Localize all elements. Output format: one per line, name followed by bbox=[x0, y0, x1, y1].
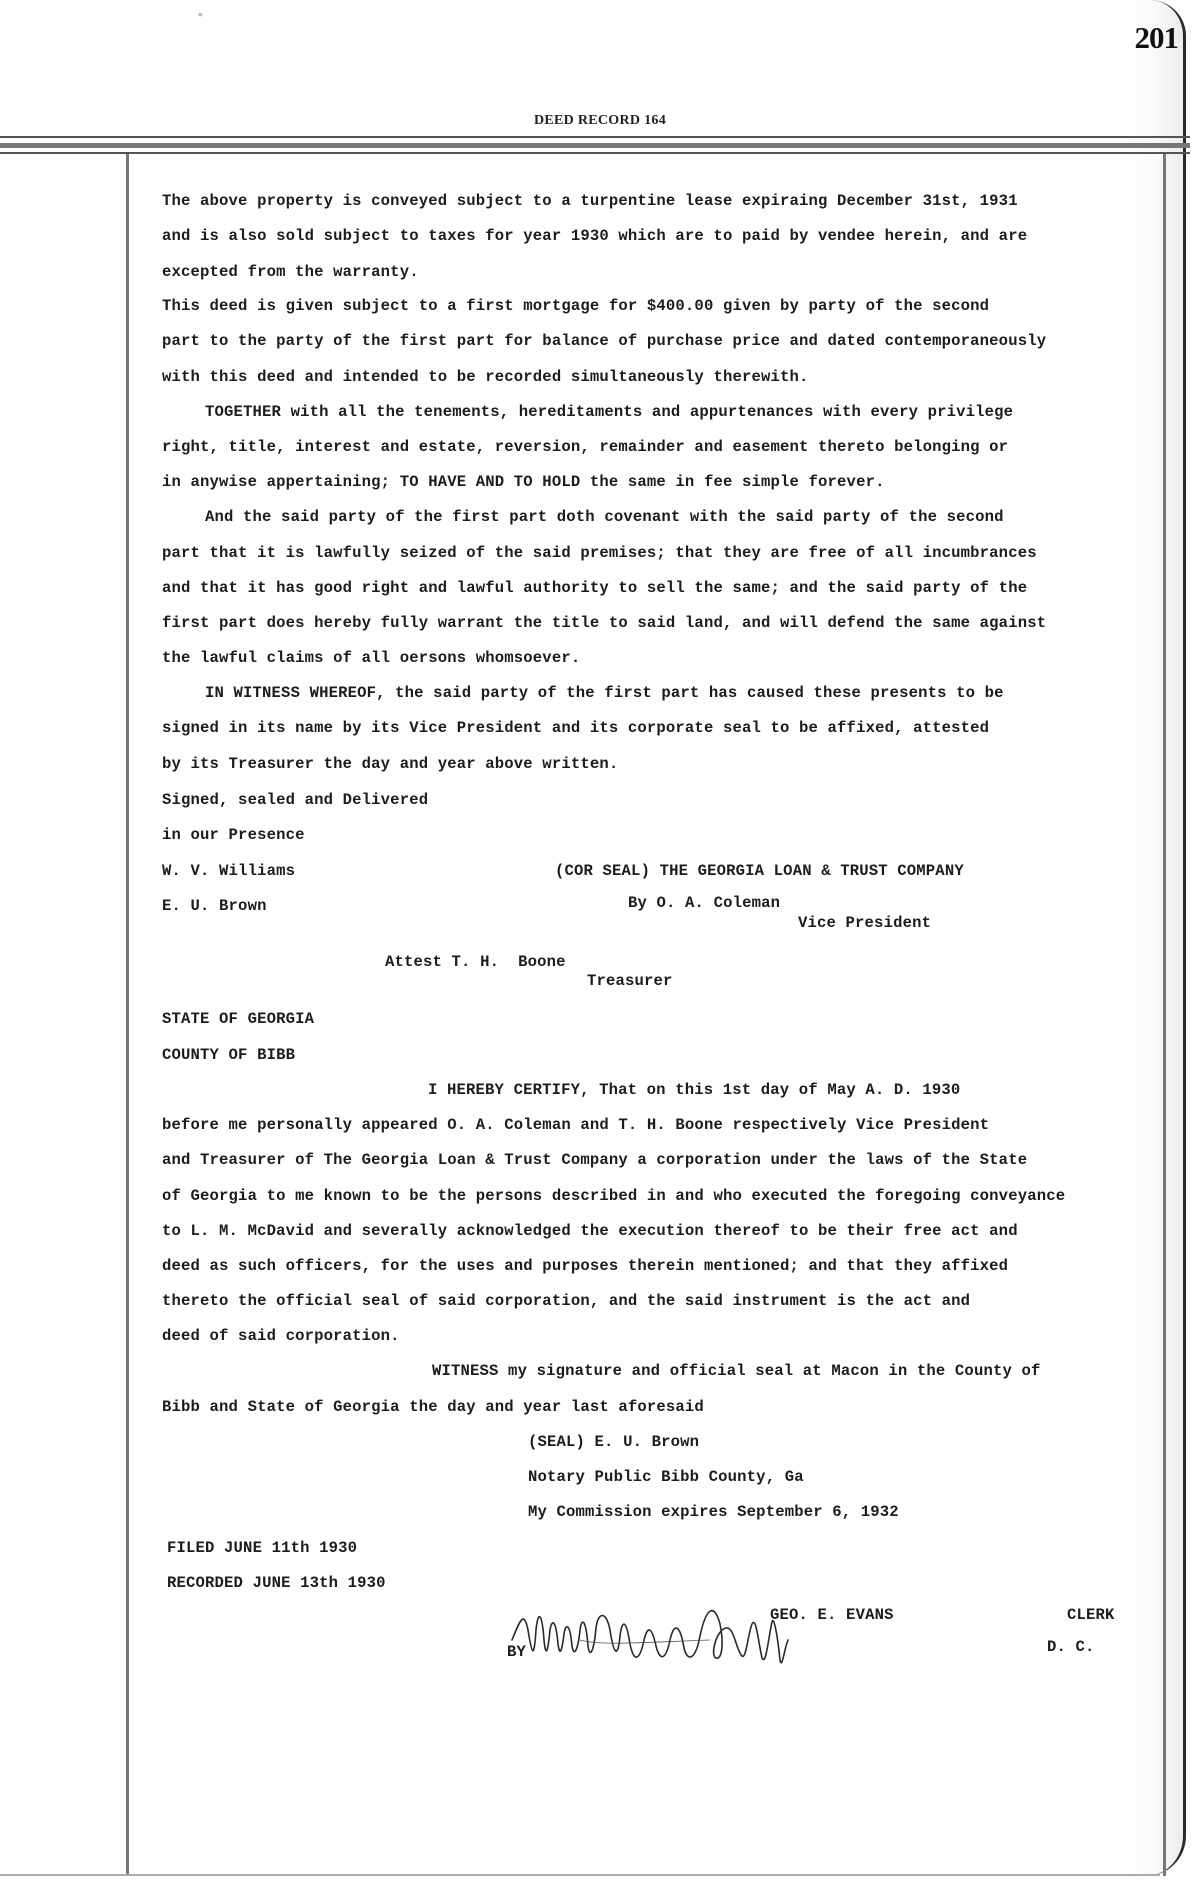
certificate-text-line: WITNESS my signature and official seal a… bbox=[432, 1362, 1041, 1380]
deed-text-line: with this deed and intended to be record… bbox=[162, 368, 809, 386]
deed-text-line: in anywise appertaining; TO HAVE AND TO … bbox=[162, 473, 885, 491]
notary-line: My Commission expires September 6, 1932 bbox=[528, 1503, 899, 1521]
clerk-title: CLERK bbox=[1067, 1606, 1115, 1624]
filed-date: FILED JUNE 11th 1930 bbox=[167, 1539, 357, 1557]
notary-line: Notary Public Bibb County, Ga bbox=[528, 1468, 804, 1486]
deed-text-line: Signed, sealed and Delivered bbox=[162, 791, 428, 809]
deed-text-line: in our Presence bbox=[162, 826, 305, 844]
witness-name: E. U. Brown bbox=[162, 897, 267, 915]
deed-text-line: right, title, interest and estate, rever… bbox=[162, 438, 1008, 456]
deed-text-line: IN WITNESS WHEREOF, the said party of th… bbox=[205, 684, 1004, 702]
page-bottom-edge bbox=[0, 1874, 1160, 1876]
certificate-text-line: Bibb and State of Georgia the day and ye… bbox=[162, 1398, 704, 1416]
deed-text-line: TOGETHER with all the tenements, heredit… bbox=[205, 403, 1013, 421]
deed-text-line: The above property is conveyed subject t… bbox=[162, 192, 1018, 210]
deed-text-line: first part does hereby fully warrant the… bbox=[162, 614, 1046, 632]
grantor-signature-line: By O. A. Coleman bbox=[628, 894, 780, 912]
deputy-clerk-title: D. C. bbox=[1047, 1638, 1095, 1656]
header-rule-thick bbox=[0, 143, 1190, 148]
grantor-signature-line: (COR SEAL) THE GEORGIA LOAN & TRUST COMP… bbox=[555, 862, 964, 880]
deed-text-line: by its Treasurer the day and year above … bbox=[162, 755, 618, 773]
right-margin-line bbox=[1163, 154, 1166, 1876]
deed-text-line: and that it has good right and lawful au… bbox=[162, 579, 1027, 597]
deed-text-line: and is also sold subject to taxes for ye… bbox=[162, 227, 1027, 245]
paper-blemish: • bbox=[196, 8, 204, 24]
deed-text-line: And the said party of the first part dot… bbox=[205, 508, 1004, 526]
deed-text-line: signed in its name by its Vice President… bbox=[162, 719, 989, 737]
deed-text-line: part that it is lawfully seized of the s… bbox=[162, 544, 1037, 562]
recorded-date: RECORDED JUNE 13th 1930 bbox=[167, 1574, 386, 1592]
deed-text-line: This deed is given subject to a first mo… bbox=[162, 297, 989, 315]
notary-line: (SEAL) E. U. Brown bbox=[528, 1433, 699, 1451]
deed-text-line: excepted from the warranty. bbox=[162, 263, 419, 281]
signature-scrawl-icon bbox=[510, 1600, 860, 1680]
deed-text-line: the lawful claims of all oersons whomsoe… bbox=[162, 649, 580, 667]
page-sheet bbox=[0, 0, 1186, 1876]
attest-line: Attest T. H. Boone bbox=[385, 953, 566, 971]
certificate-text-line: deed as such officers, for the uses and … bbox=[162, 1257, 1008, 1275]
handwritten-signature bbox=[510, 1600, 860, 1680]
record-title: DEED RECORD 164 bbox=[0, 113, 1200, 129]
certificate-text-line: deed of said corporation. bbox=[162, 1327, 400, 1345]
certificate-text-line: to L. M. McDavid and severally acknowled… bbox=[162, 1222, 1018, 1240]
witness-name: W. V. Williams bbox=[162, 862, 295, 880]
certificate-text-line: I HEREBY CERTIFY, That on this 1st day o… bbox=[428, 1081, 960, 1099]
page-number: 201 bbox=[1135, 20, 1179, 56]
deed-text-line: part to the party of the first part for … bbox=[162, 332, 1046, 350]
left-margin-line bbox=[126, 154, 129, 1876]
attest-line: Treasurer bbox=[587, 972, 673, 990]
certificate-text-line: STATE OF GEORGIA bbox=[162, 1010, 314, 1028]
certificate-text-line: thereto the official seal of said corpor… bbox=[162, 1292, 970, 1310]
certificate-text-line: of Georgia to me known to be the persons… bbox=[162, 1187, 1065, 1205]
header-rule-top bbox=[0, 136, 1190, 138]
grantor-signature-line: Vice President bbox=[798, 914, 931, 932]
certificate-text-line: before me personally appeared O. A. Cole… bbox=[162, 1116, 989, 1134]
header-rule-bottom bbox=[0, 152, 1190, 154]
certificate-text-line: COUNTY OF BIBB bbox=[162, 1046, 295, 1064]
certificate-text-line: and Treasurer of The Georgia Loan & Trus… bbox=[162, 1151, 1027, 1169]
